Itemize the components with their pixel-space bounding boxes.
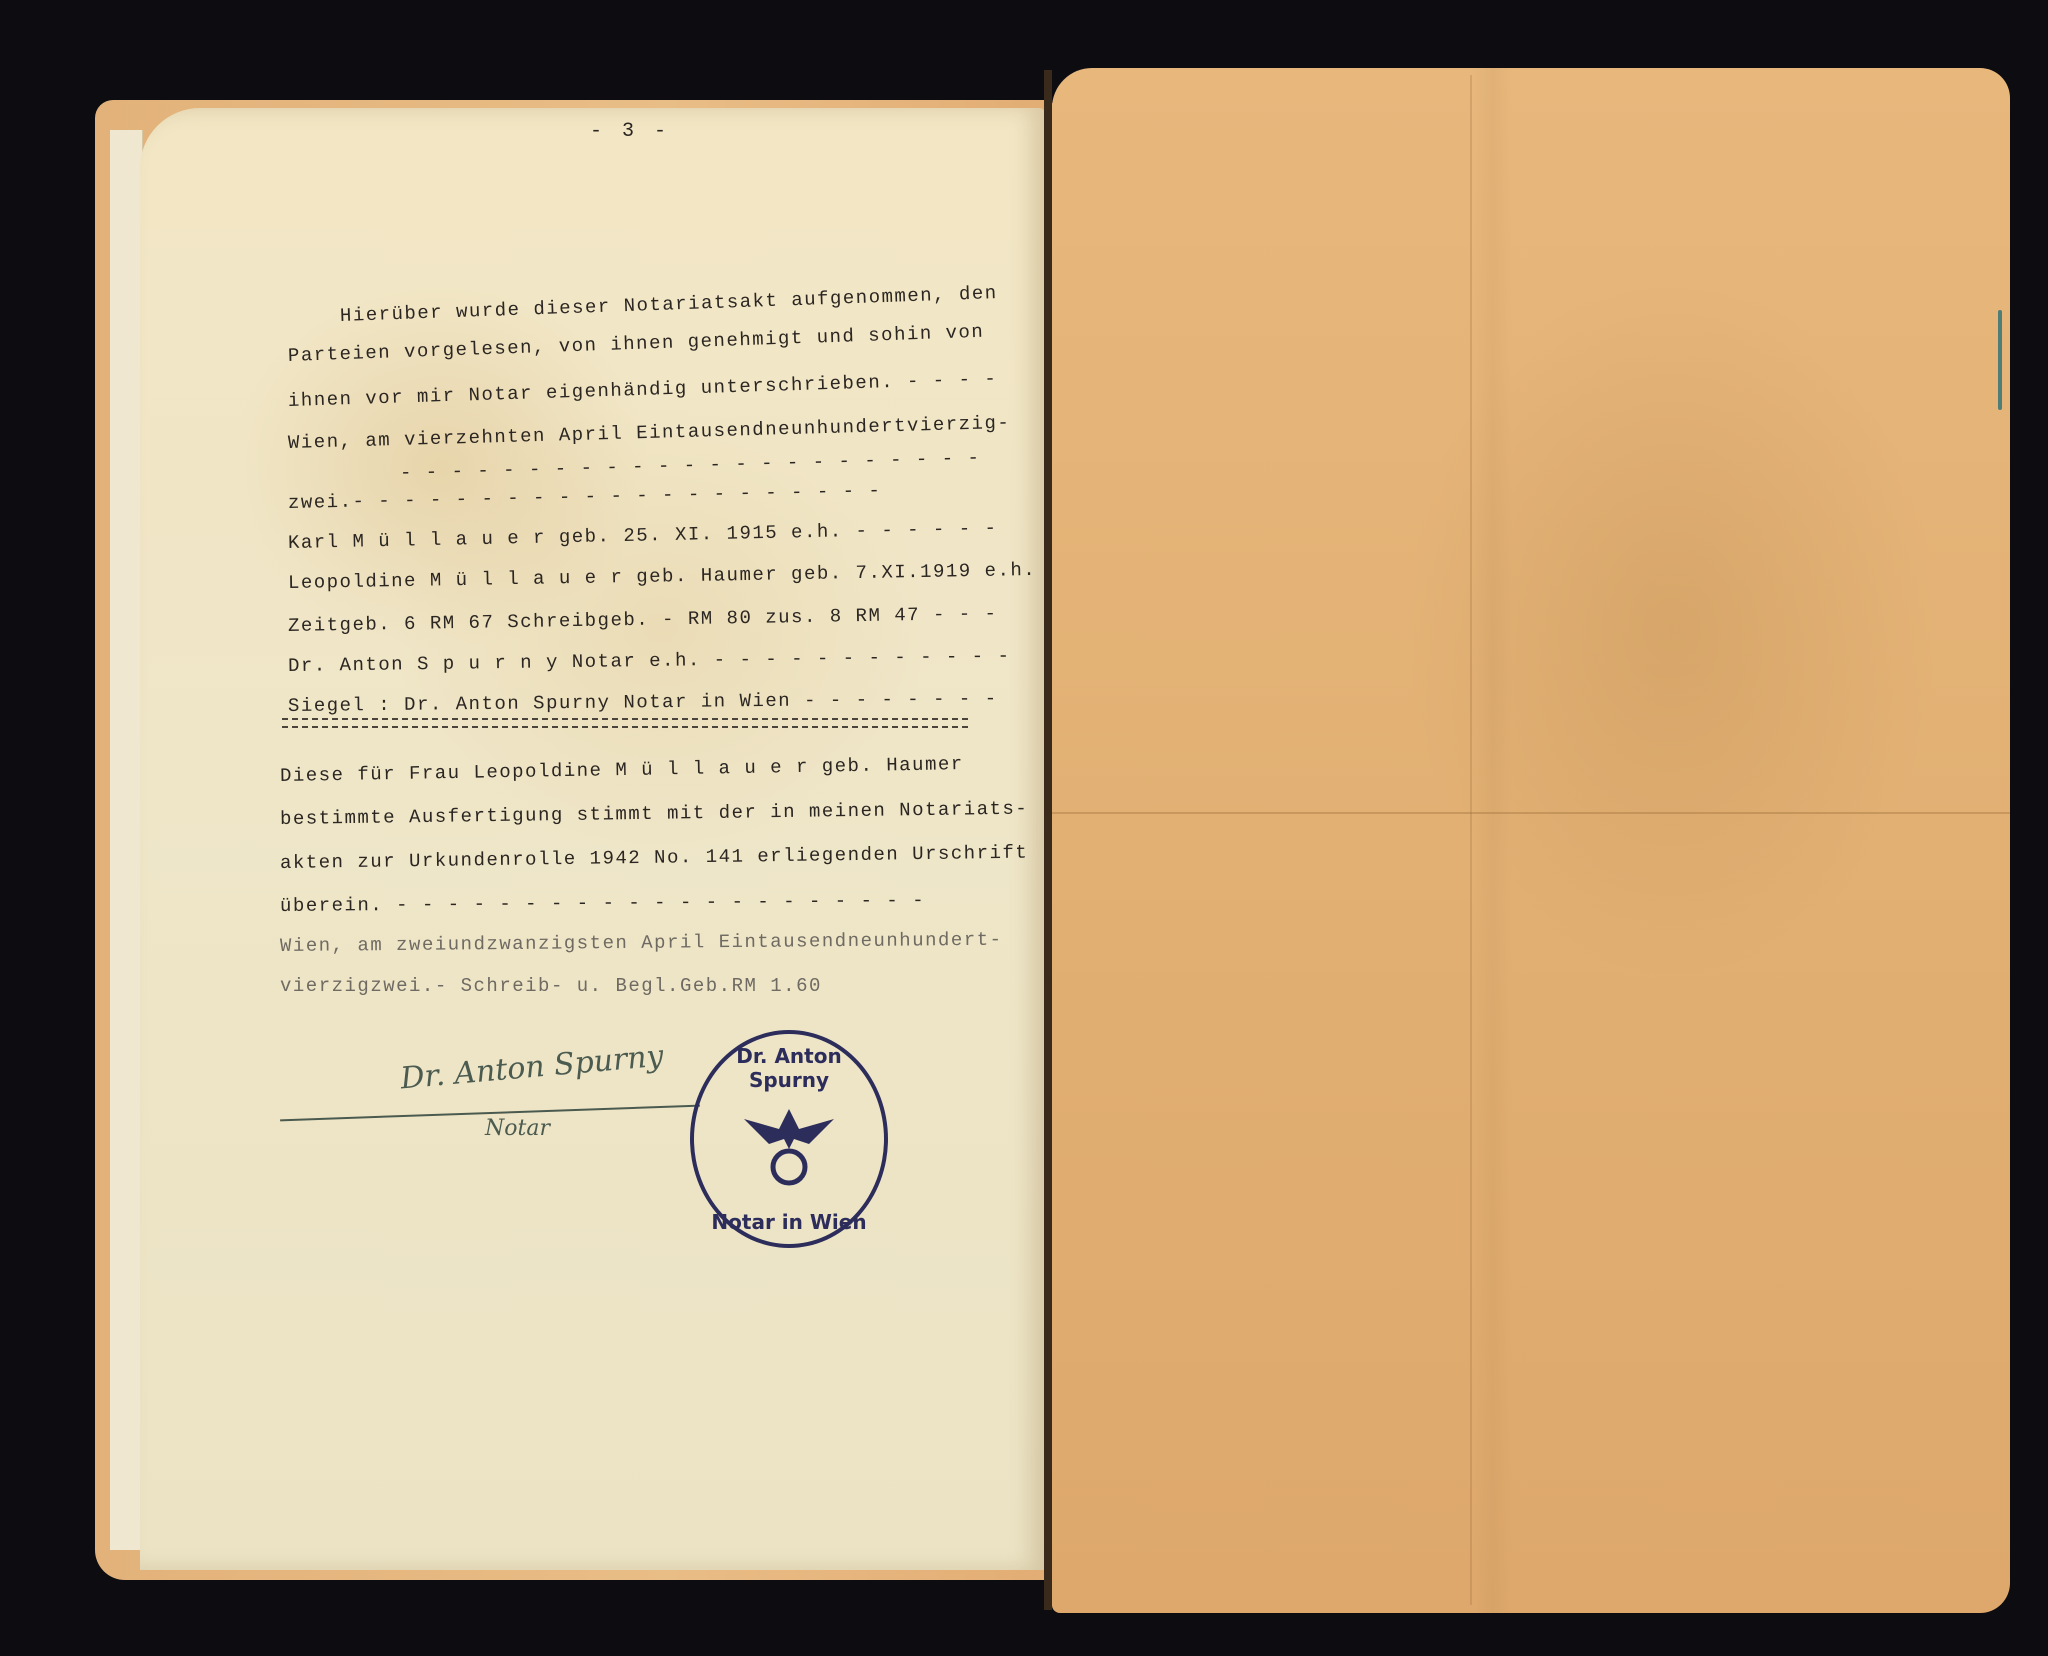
notary-seal-stamp: Dr. Anton Spurny Notar in Wien [690, 1030, 888, 1248]
handwritten-notar: Notar [485, 1116, 550, 1141]
eagle-emblem-icon [739, 1089, 839, 1189]
stamp-bottom-text: Notar in Wien [694, 1210, 884, 1234]
horizontal-fold-crease [1052, 812, 2010, 814]
page-number: - 3 - [590, 120, 670, 143]
stamp-top-text: Dr. Anton Spurny [694, 1044, 884, 1092]
book-gutter [1044, 70, 1052, 1610]
vertical-fold-crease [1470, 75, 1472, 1605]
text-line: vierzigzwei.- Schreib- u. Begl.Geb.RM 1.… [280, 975, 822, 997]
underlying-page-edge [110, 130, 143, 1550]
double-rule [282, 718, 968, 728]
right-cover-page [1052, 68, 2010, 1613]
ink-mark [1998, 310, 2002, 410]
